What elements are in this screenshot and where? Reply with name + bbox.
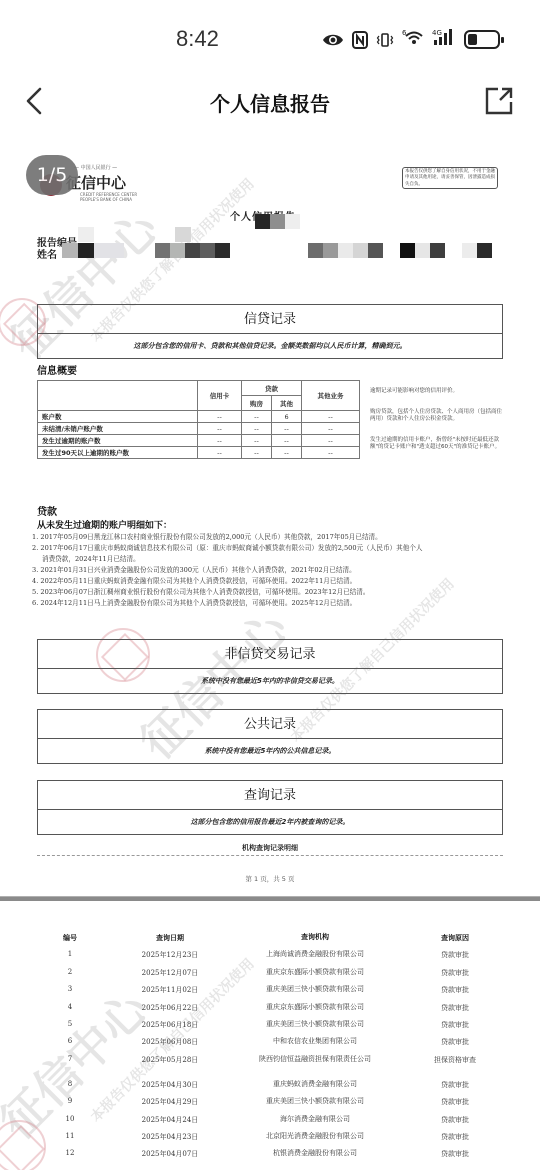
redaction-block — [400, 243, 415, 258]
redaction-block — [323, 243, 338, 258]
redaction-block — [430, 243, 445, 258]
section-title: 非信贷交易记录 — [38, 640, 502, 669]
signal-4g-icon: 4G — [432, 28, 456, 51]
redaction-block — [62, 243, 78, 258]
loans-subheading: 从未发生过逾期的账户明细如下： — [37, 518, 172, 531]
page-title: 个人信息报告 — [0, 88, 540, 117]
nav-bar: 个人信息报告 — [0, 80, 540, 124]
page-footer: 第 1 页，共 5 页 — [0, 874, 540, 883]
redaction-block — [368, 243, 383, 258]
section-desc: 这部分包含您的信用卡、贷款和其他信贷记录。金额类数据均以人民币计算，精确到元。 — [38, 334, 502, 358]
section-desc: 系统中没有您最近5年内的非信贷交易记录。 — [38, 669, 502, 693]
col-housing: 购房 — [241, 396, 271, 411]
list-item: 5. 2023年06月07日浙江稠州商业银行股份有限公司为其他个人消费贷款授信，… — [32, 587, 512, 598]
summary-notes: 逾期记录可能影响对您的信用评价。 购房贷款，包括个人住房贷款、个人商用房（包括商… — [370, 388, 505, 465]
redaction-block — [185, 243, 200, 258]
table-row: 3 2025年11月02日 重庆美团三快小额贷款有限公司 贷款审批 — [40, 985, 520, 1002]
list-item: 4. 2022年05月11日重庆蚂蚁消费金融有限公司为其他个人消费贷款授信，可循… — [32, 576, 512, 587]
battery-icon — [464, 30, 500, 49]
credit-record-section: 信贷记录 这部分包含您的信用卡、贷款和其他信贷记录。金额类数据均以人民币计算，精… — [37, 304, 503, 359]
notice-box: 本报告仅供您了解自身信用状况，不用于金融申请及其他用途，请妥善保管，因泄露造成损… — [402, 167, 498, 189]
redaction-block — [462, 243, 477, 258]
redaction-block — [94, 243, 124, 258]
table-row: 9 2025年04月29日 重庆美团三快小额贷款有限公司 贷款审批 — [40, 1097, 520, 1114]
table-corner — [38, 381, 198, 411]
redaction-block — [415, 243, 430, 258]
page-indicator: 1/5 — [26, 155, 78, 195]
table-row: 1 2025年12月23日 上海尚诚消费金融股份有限公司 贷款审批 — [40, 950, 520, 967]
section-desc: 这部分包含您的信用报告最近2年内被查询的记录。 — [38, 810, 502, 834]
table-row: 发生过90天以上逾期的账户数 -- -- -- -- — [38, 447, 360, 459]
table-header: 编号 查询日期 查询机构 查询原因 — [40, 933, 520, 950]
redaction-block — [255, 214, 270, 229]
col-other: 其他 — [272, 396, 302, 411]
table-row: 5 2025年06月18日 重庆美团三快小额贷款有限公司 贷款审批 — [40, 1020, 520, 1037]
status-time: 8:42 — [176, 26, 219, 52]
redaction-block — [308, 243, 323, 258]
table-row: 发生过逾期的账户数 -- -- -- -- — [38, 435, 360, 447]
list-item: 3. 2021年01月31日兴业消费金融股份公司发放的300元（人民币）其他个人… — [32, 565, 512, 576]
table-row: 12 2025年04月07日 杭银消费金融股份有限公司 贷款审批 — [40, 1149, 520, 1166]
loans-heading: 贷款 — [37, 503, 57, 518]
summary-table: 信用卡 贷款 其他业务 购房 其他 账户数 -- -- 6 -- 未结清/未销户… — [37, 380, 360, 459]
note: 发生过逾期的信用卡账户，指曾经"未按时还最低还款额"的贷记卡账户和"透支超过60… — [370, 437, 505, 451]
redaction-block — [175, 227, 191, 242]
redaction-block — [285, 214, 300, 229]
name-label: 姓名 — [37, 246, 57, 261]
status-icons: 6 4G — [322, 28, 500, 51]
table-row: 8 2025年04月30日 重庆蚂蚁消费金融有限公司 贷款审批 — [40, 1080, 520, 1097]
list-item: 1. 2017年05月09日黑龙江林口农村商业银行股份有限公司发放的2,000元… — [32, 532, 512, 543]
section-title: 信贷记录 — [38, 305, 502, 334]
list-item: 2. 2017年06月17日重庆市蚂蚁商诚信息技术有限公司（原：重庆市蚂蚁商诚小… — [32, 543, 512, 554]
redaction-block — [155, 243, 170, 258]
table-row: 账户数 -- -- 6 -- — [38, 411, 360, 423]
query-record-section: 查询记录 这部分包含您的信用报告最近2年内被查询的记录。 — [37, 780, 503, 835]
eye-icon — [322, 32, 344, 48]
nfc-icon — [352, 31, 368, 49]
query-table: 编号 查询日期 查询机构 查询原因 1 2025年12月23日 上海尚诚消费金融… — [40, 933, 520, 1167]
redaction-block — [78, 227, 94, 242]
table-row: 未结清/未销户账户数 -- -- -- -- — [38, 423, 360, 435]
summary-heading: 信息概要 — [37, 362, 77, 377]
public-record-section: 公共记录 系统中没有您最近5年内的公共信息记录。 — [37, 709, 503, 764]
redaction-block — [270, 214, 285, 229]
non-credit-section: 非信贷交易记录 系统中没有您最近5年内的非信贷交易记录。 — [37, 639, 503, 694]
redaction-block — [338, 243, 353, 258]
redaction-block — [200, 243, 215, 258]
svg-text:4G: 4G — [432, 29, 442, 37]
table-row: 2 2025年12月07日 重庆京东盛际小额贷款有限公司 贷款审批 — [40, 968, 520, 985]
col-other-business: 其他业务 — [302, 381, 360, 411]
table-row: 4 2025年06月22日 重庆京东盛际小额贷款有限公司 贷款审批 — [40, 1003, 520, 1020]
redaction-block — [215, 243, 230, 258]
col-credit-card: 信用卡 — [198, 381, 242, 411]
report-viewer[interactable]: 征信中心 本报告仅供您了解自己信用状况使用 征信中心 本报告仅供您了解自己信用状… — [0, 130, 540, 1170]
section-title: 公共记录 — [38, 710, 502, 739]
col-loan: 贷款 — [241, 381, 301, 396]
table-row: 11 2025年04月23日 北京阳光消费金融股份有限公司 贷款审批 — [40, 1132, 520, 1149]
redaction-block — [353, 243, 368, 258]
list-item: 消费贷款，2024年11月已结清。 — [32, 554, 512, 565]
page-separator — [0, 896, 540, 901]
query-detail-caption: 机构查询记录明细 — [0, 843, 540, 853]
table-row: 10 2025年04月24日 海尔消费金融有限公司 贷款审批 — [40, 1115, 520, 1132]
divider — [37, 855, 503, 856]
redaction-block — [477, 243, 492, 258]
table-row: 6 2025年06月08日 中和农信农业集团有限公司 贷款审批 — [40, 1037, 520, 1054]
status-bar: 8:42 6 4G — [0, 0, 540, 80]
redaction-block — [170, 243, 185, 258]
loan-list: 1. 2017年05月09日黑龙江林口农村商业银行股份有限公司发放的2,000元… — [32, 532, 512, 609]
note: 逾期记录可能影响对您的信用评价。 — [370, 388, 505, 395]
vibrate-icon — [376, 32, 394, 48]
section-desc: 系统中没有您最近5年内的公共信息记录。 — [38, 739, 502, 763]
share-external-icon[interactable] — [484, 86, 514, 116]
wifi-6-icon: 6 — [402, 28, 424, 51]
note: 购房贷款，包括个人住房贷款、个人商用房（包括商住两用）贷款和个人住房公积金贷款。 — [370, 409, 505, 423]
redaction-block — [78, 243, 94, 258]
section-title: 查询记录 — [38, 781, 502, 810]
table-row: 7 2025年05月28日 陕西钧信恒益融资担保有限责任公司 担保资格审查 — [40, 1055, 520, 1080]
list-item: 6. 2024年12月11日马上消费金融股份有限公司为其他个人消费贷款授信，可循… — [32, 598, 512, 609]
